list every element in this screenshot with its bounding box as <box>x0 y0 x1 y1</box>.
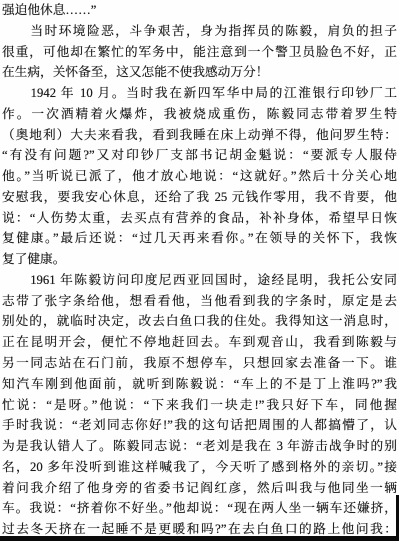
text-line: 1961 年陈毅访问印度尼西亚回国时，途经昆明，我托公安同 <box>2 270 397 291</box>
text-line: 强迫他休息……” <box>2 0 397 21</box>
text-line: “有没有问题?”又对印钞厂支部书记胡金魁说：“要派专人服侍 <box>2 145 397 166</box>
text-line: 另一同志站在石门前，我原不想停车，只想回家去准备一下。谁 <box>2 353 397 374</box>
text-line: （奥地利）大夫来看我，看到我睡在床上动弹不得，他问罗生特： <box>2 125 397 146</box>
text-line: 1942 年 10 月。当时我在新四军华中局的江淮银行印钞厂工 <box>2 83 397 104</box>
text-line: 为是我认错人了。陈毅同志说：“老刘是我在 3 年游击战争时的别 <box>2 436 397 457</box>
text-line: 正在昆明开会，便忙不停地赶回去。车到观音山，我看到陈毅与 <box>2 332 397 353</box>
text-line: 在生病，关怀备至，这又怎能不使我感动万分！ <box>2 62 397 83</box>
text-line: 他。”当听说已派了，他才放心地说：“这就好。”然后十分关心地 <box>2 166 397 187</box>
scan-edge-bottom-artifact <box>0 536 399 541</box>
text-line: 志带了张字条给他，想看看他，当他看到我的字条时，原定是去 <box>2 291 397 312</box>
text-line: 着问我介绍了他身旁的省委书记阎红彦，然后叫我与他同坐一辆 <box>2 478 397 499</box>
text-line: 作。一次酒精着火爆炸，我被烧成重伤，陈毅同志带着罗生特 <box>2 104 397 125</box>
text-line: 忙说：“是呀。”他说：“下来我们一块走!”我只好下车，同他握 <box>2 395 397 416</box>
text-line: 名，20 多年没听到谁这样喊我了，今天听了感到格外的亲切。”接 <box>2 457 397 478</box>
text-line: 别处的，就临时决定，改去白鱼口我的住处。我得知这一消息时， <box>2 311 397 332</box>
text-line: 安慰我，要我安心休息，还给了我 25 元钱作零用，我不肯要，他 <box>2 187 397 208</box>
text-line: 知汽车刚到他面前，就听到陈毅说：“车上的不是丁上淮吗?”我 <box>2 374 397 395</box>
text-line: 复了健康。 <box>2 249 397 270</box>
page-text: 强迫他休息……” 当时环境险恶，斗争艰苦，身为指挥员的陈毅，肩负的担子很重，可他… <box>2 0 397 540</box>
text-line: 复健康。”最后还说：“过几天再来看你。”在领导的关怀下，我恢 <box>2 228 397 249</box>
text-line: 说：“人伤势太重，去买点有营养的食品，补补身体，希望早日恢 <box>2 208 397 229</box>
text-line: 当时环境险恶，斗争艰苦，身为指挥员的陈毅，肩负的担子 <box>2 21 397 42</box>
text-line: 手时我说：“老刘同志你好!”我的这句话把周围的人都搞懵了，认 <box>2 415 397 436</box>
text-line: 车。我说：“挤着你不好坐。”他却说：“现在两人坐一辆车还嫌挤， <box>2 498 397 519</box>
scanned-page: 强迫他休息……” 当时环境险恶，斗争艰苦，身为指挥员的陈毅，肩负的担子很重，可他… <box>0 0 399 541</box>
text-line: 很重，可他却在繁忙的军务中，能注意到一个警卫员脸色不好，正 <box>2 42 397 63</box>
